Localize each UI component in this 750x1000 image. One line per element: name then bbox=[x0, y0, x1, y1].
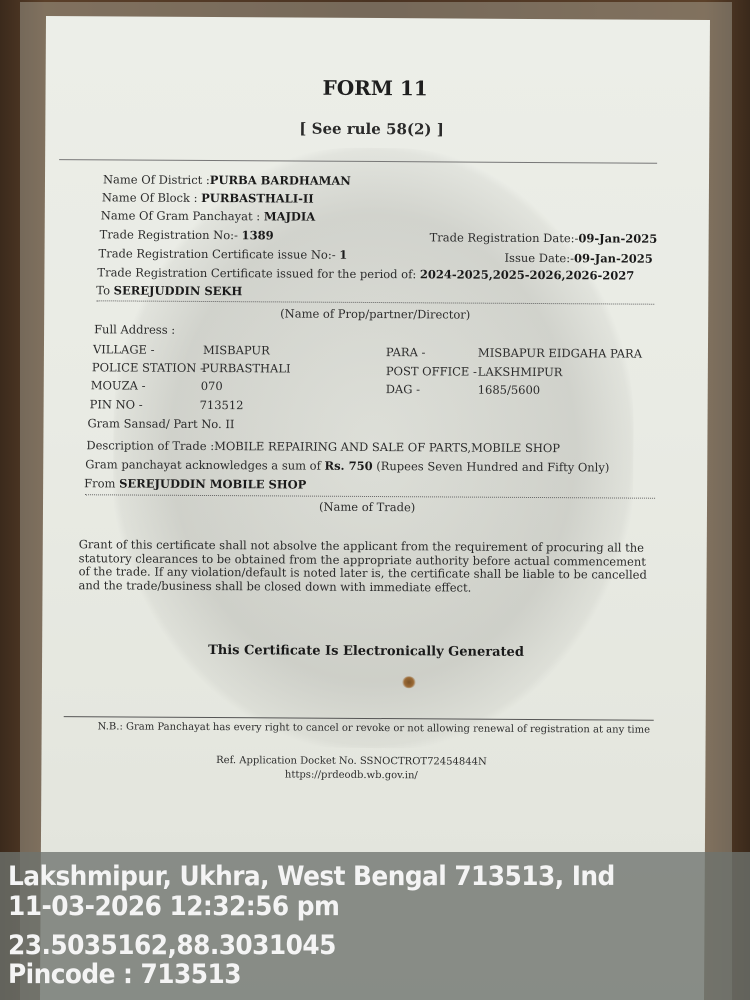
geotag-address: Lakshmipur, Ukhra, West Bengal 713513, I… bbox=[8, 862, 615, 892]
registration-number-value: 1389 bbox=[242, 228, 274, 242]
district-field: Name Of District :PURBA BARDHAMAN bbox=[103, 172, 351, 188]
disclaimer-text: Grant of this certificate shall not abso… bbox=[78, 538, 660, 596]
geotag-coordinates: 23.5035162,88.3031045 bbox=[8, 931, 336, 961]
docket-number: Ref. Application Docket No. SSNOCTROT724… bbox=[41, 754, 661, 769]
registration-date-value: 09-Jan-2025 bbox=[578, 231, 657, 245]
gram-panchayat-field: Name Of Gram Panchayat : MAJDIA bbox=[101, 208, 316, 223]
gram-panchayat-value: MAJDIA bbox=[264, 209, 315, 223]
address-police-station-label: POLICE STATION - bbox=[92, 360, 204, 375]
trade-caption: (Name of Trade) bbox=[319, 500, 415, 515]
geotag-overlay: Lakshmipur, Ukhra, West Bengal 713513, I… bbox=[0, 852, 750, 1000]
nb-note: N.B.: Gram Panchayat has every right to … bbox=[98, 721, 650, 735]
address-pin-value: 713512 bbox=[200, 398, 244, 412]
address-pin-label: PIN NO - bbox=[90, 397, 143, 411]
fee-amount: Rs. 750 bbox=[325, 459, 373, 473]
block-field: Name Of Block : PURBASTHALI-II bbox=[102, 190, 314, 205]
registration-date-field: Trade Registration Date:-09-Jan-2025 bbox=[430, 230, 658, 245]
address-mouza-value: 070 bbox=[201, 379, 223, 393]
proprietor-dotted-line bbox=[96, 300, 654, 304]
proprietor-caption: (Name of Prop/partner/Director) bbox=[280, 306, 470, 321]
portal-url: https://prdeodb.wb.gov.in/ bbox=[41, 768, 661, 783]
certificate-period-field: Trade Registration Certificate issued fo… bbox=[97, 265, 634, 282]
geotag-datetime: 11-03-2026 12:32:56 pm bbox=[8, 892, 339, 922]
trade-name-field: From SEREJUDDIN MOBILE SHOP bbox=[84, 476, 306, 491]
address-police-station-value: PURBASTHALI bbox=[202, 361, 291, 376]
address-post-office-value: LAKSHMIPUR bbox=[478, 365, 563, 380]
address-village-label: VILLAGE - bbox=[93, 342, 155, 356]
address-dag-value: 1685/5600 bbox=[478, 383, 541, 397]
trade-description: Description of Trade :MOBILE REPAIRING A… bbox=[86, 438, 560, 455]
paper-stain bbox=[402, 676, 416, 688]
form-title: FORM 11 bbox=[322, 76, 427, 101]
issue-date-field: Issue Date:-09-Jan-2025 bbox=[504, 251, 652, 266]
gram-sansad: Gram Sansad/ Part No. II bbox=[87, 416, 234, 431]
geotag-pincode: Pincode : 713513 bbox=[8, 960, 241, 990]
fee-acknowledgement: Gram panchayat acknowledges a sum of Rs.… bbox=[85, 457, 609, 474]
electronic-generation-note: This Certificate Is Electronically Gener… bbox=[208, 643, 524, 660]
certificate-period-value: 2024-2025,2025-2026,2026-2027 bbox=[420, 267, 634, 282]
proprietor-field: To SEREJUDDIN SEKH bbox=[96, 283, 242, 298]
trade-name: SEREJUDDIN MOBILE SHOP bbox=[119, 476, 306, 491]
address-dag-label: DAG - bbox=[386, 382, 420, 396]
address-heading: Full Address : bbox=[94, 322, 175, 336]
address-mouza-label: MOUZA - bbox=[91, 378, 146, 392]
form-rule-reference: [ See rule 58(2) ] bbox=[299, 120, 444, 139]
footer-divider bbox=[64, 716, 654, 721]
header-divider bbox=[59, 159, 657, 164]
issue-number-field: Trade Registration Certificate issue No:… bbox=[99, 246, 348, 262]
issue-date-value: 09-Jan-2025 bbox=[574, 251, 653, 265]
address-post-office-label: POST OFFICE - bbox=[386, 364, 477, 379]
address-para-value: MISBAPUR EIDGAHA PARA bbox=[478, 346, 642, 361]
trade-dotted-line bbox=[85, 494, 655, 498]
issue-number-value: 1 bbox=[339, 248, 347, 262]
address-village-value: MISBAPUR bbox=[203, 343, 270, 357]
district-value: PURBA BARDHAMAN bbox=[210, 173, 351, 188]
registration-number-field: Trade Registration No:- 1389 bbox=[100, 227, 274, 242]
block-value: PURBASTHALI-II bbox=[201, 191, 314, 206]
proprietor-name: SEREJUDDIN SEKH bbox=[114, 283, 243, 298]
address-para-label: PARA - bbox=[386, 345, 426, 359]
